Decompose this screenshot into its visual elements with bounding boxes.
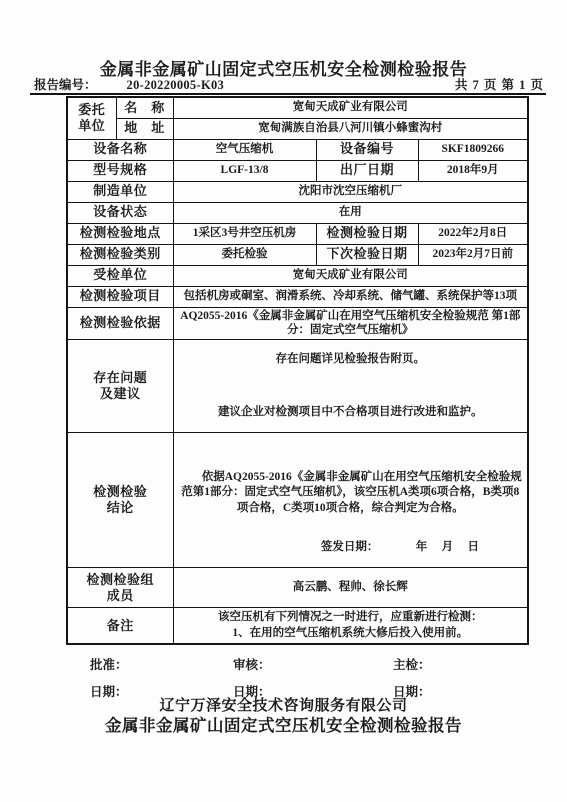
device-name-label: 设备名称 xyxy=(67,139,173,160)
device-made-date-value: 2018年9月 xyxy=(418,160,528,181)
team-label: 检测检验组 成员 xyxy=(67,568,173,608)
remark-cell: 该空压机有下列情况之一时进行，应重新进行检测： 1、在用的空气压缩机系统大修后投… xyxy=(173,608,528,644)
sign-date-line: 签发日期： 年 月 日 xyxy=(178,540,524,555)
report-number-value: 20-20220005-K03 xyxy=(127,78,225,93)
client-name-label: 名 称 xyxy=(116,97,173,118)
inspection-date-value: 2022年2月8日 xyxy=(418,223,528,244)
problems-cell: 存在问题详见检验报告附页。 建议企业对检测项目中不合格项目进行改进和监护。 xyxy=(173,340,528,433)
table-row: 检测检验 结论 依据AQ2055-2016《金属非金属矿山在用空气压缩机安全检验… xyxy=(67,433,528,568)
inspection-place-value: 1采区3号井空压机房 xyxy=(173,223,316,244)
table-row: 检测检验地点 1采区3号井空压机房 检测检验日期 2022年2月8日 xyxy=(67,223,528,244)
device-maker-label: 制造单位 xyxy=(67,181,173,202)
table-row: 检测检验依据 AQ2055-2016《金属非金属矿山在用空气压缩机安全检验规范 … xyxy=(67,307,528,340)
conclusion-label: 检测检验 结论 xyxy=(67,433,173,568)
device-model-value: LGF-13/8 xyxy=(173,160,316,181)
table-row: 检测检验类别 委托检验 下次检验日期 2023年2月7日前 xyxy=(67,244,528,265)
report-table: 委托单位 名 称 宽甸天成矿业有限公司 地 址 宽甸满族自治县八河川镇小蜂蜜沟村… xyxy=(66,96,529,645)
table-row: 受检单位 宽甸天成矿业有限公司 xyxy=(67,265,528,286)
table-row: 委托单位 名 称 宽甸天成矿业有限公司 xyxy=(67,97,528,118)
problems-label: 存在问题 及建议 xyxy=(67,340,173,433)
client-name-value: 宽甸天成矿业有限公司 xyxy=(173,97,528,118)
device-serial-value: SKF1809266 xyxy=(418,139,528,160)
remark-label: 备注 xyxy=(67,608,173,644)
page-count: 共 7 页 第 1 页 xyxy=(455,75,544,93)
inspection-date-label: 检测检验日期 xyxy=(316,223,418,244)
inspection-type-label: 检测检验类别 xyxy=(67,244,173,265)
report-number-row: 报告编号： 20-20220005-K03 共 7 页 第 1 页 xyxy=(30,76,546,95)
problems-line1: 存在问题详见检验报告附页。 xyxy=(178,352,524,367)
table-row: 制造单位 沈阳市沈空压缩机厂 xyxy=(67,181,528,202)
table-row: 检测检验项目 包括机房或硐室、润滑系统、冷却系统、储气罐、系统保护等13项 xyxy=(67,286,528,307)
inspection-basis-value: AQ2055-2016《金属非金属矿山在用空气压缩机安全检验规范 第1部分：固定… xyxy=(173,307,528,340)
client-address-label: 地 址 xyxy=(116,118,173,139)
next-inspection-date-label: 下次检验日期 xyxy=(316,244,418,265)
inspected-unit-label: 受检单位 xyxy=(67,265,173,286)
report-number-label: 报告编号： xyxy=(34,75,97,93)
approve-label: 批准： xyxy=(90,655,128,673)
conclusion-cell: 依据AQ2055-2016《金属非金属矿山在用空气压缩机安全检验规范第1部分：固… xyxy=(173,433,528,568)
footer-report-title: 金属非金属矿山固定式空压机安全检测检验报告 xyxy=(0,712,567,736)
inspection-items-value: 包括机房或硐室、润滑系统、冷却系统、储气罐、系统保护等13项 xyxy=(173,286,528,307)
table-row: 设备名称 空气压缩机 设备编号 SKF1809266 xyxy=(67,139,528,160)
client-address-value: 宽甸满族自治县八河川镇小蜂蜜沟村 xyxy=(173,118,528,139)
conclusion-text: 依据AQ2055-2016《金属非金属矿山在用空气压缩机安全检验规范第1部分：固… xyxy=(178,470,524,517)
device-status-label: 设备状态 xyxy=(67,202,173,223)
remark-line1: 该空压机有下列情况之一时进行，应重新进行检测： xyxy=(178,610,524,626)
inspection-items-label: 检测检验项目 xyxy=(67,286,173,307)
inspected-unit-value: 宽甸天成矿业有限公司 xyxy=(173,265,528,286)
remark-line2: 1、在用的空气压缩机系统大修后投入使用前。 xyxy=(178,626,524,642)
problems-line2: 建议企业对检测项目中不合格项目进行改进和监护。 xyxy=(178,405,524,420)
device-maker-value: 沈阳市沈空压缩机厂 xyxy=(173,181,528,202)
table-row: 存在问题 及建议 存在问题详见检验报告附页。 建议企业对检测项目中不合格项目进行… xyxy=(67,340,528,433)
inspection-type-value: 委托检验 xyxy=(173,244,316,265)
device-serial-label: 设备编号 xyxy=(316,139,418,160)
table-row: 检测检验组 成员 高云鹏、程帅、徐长辉 xyxy=(67,568,528,608)
review-label: 审核： xyxy=(233,655,271,673)
next-inspection-date-value: 2023年2月7日前 xyxy=(418,244,528,265)
device-made-date-label: 出厂日期 xyxy=(316,160,418,181)
chief-inspector-label: 主检： xyxy=(393,655,431,673)
table-row: 设备状态 在用 xyxy=(67,202,528,223)
device-name-value: 空气压缩机 xyxy=(173,139,316,160)
table-row: 备注 该空压机有下列情况之一时进行，应重新进行检测： 1、在用的空气压缩机系统大… xyxy=(67,608,528,644)
inspection-place-label: 检测检验地点 xyxy=(67,223,173,244)
table-row: 地 址 宽甸满族自治县八河川镇小蜂蜜沟村 xyxy=(67,118,528,139)
report-page: 金属非金属矿山固定式空压机安全检测检验报告 报告编号： 20-20220005-… xyxy=(0,0,567,802)
device-model-label: 型号规格 xyxy=(67,160,173,181)
device-status-value: 在用 xyxy=(173,202,528,223)
team-members-value: 高云鹏、程帅、徐长辉 xyxy=(173,568,528,608)
inspection-basis-label: 检测检验依据 xyxy=(67,307,173,340)
client-group-label: 委托单位 xyxy=(67,97,116,139)
table-row: 型号规格 LGF-13/8 出厂日期 2018年9月 xyxy=(67,160,528,181)
